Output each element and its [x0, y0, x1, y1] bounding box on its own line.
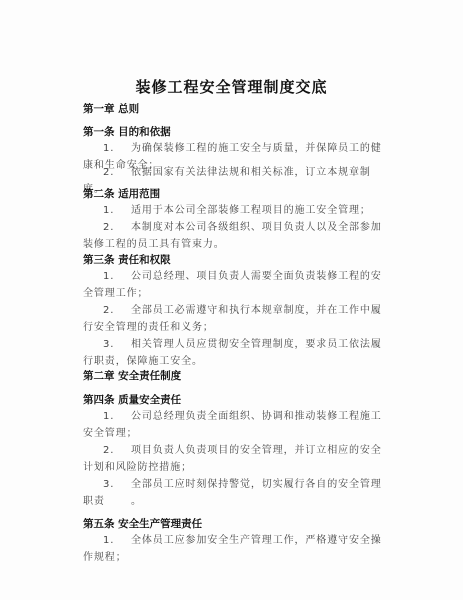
item-number: 2.	[83, 219, 131, 236]
item-number: 1.	[83, 532, 131, 549]
article-heading: 第三条 责任和权限	[83, 252, 383, 267]
item-number: 3.	[83, 336, 131, 353]
article-heading: 第四条 质量安全责任	[83, 392, 383, 407]
item-text: 适用于本公司全部装修工程项目的施工安全管理；	[131, 205, 371, 216]
article-heading: 第二条 适用范围	[83, 186, 383, 201]
item-number: 3.	[83, 476, 131, 493]
list-item: 1.适用于本公司全部装修工程项目的施工安全管理；	[83, 202, 383, 219]
item-number: 1.	[83, 202, 131, 219]
item-number: 2.	[83, 164, 131, 181]
list-item: 1.公司总经理、项目负责人需要全面负责装修工程的安全管理工作；	[83, 268, 383, 302]
list-item: 3.相关管理人员应贯彻安全管理制度，要求员工依法履行职责，保障施工安全。	[83, 336, 383, 370]
list-item: 2.项目负责人负责项目的安全管理，并订立相应的安全计划和风险防控措施；	[83, 442, 383, 476]
chapter-heading: 第一章 总则	[83, 101, 383, 116]
item-number: 1.	[83, 268, 131, 285]
item-number: 2.	[83, 302, 131, 319]
list-item: 。	[83, 493, 383, 510]
list-item: 1.公司总经理负责全面组织、协调和推动装修工程施工安全管理；	[83, 408, 383, 442]
article-heading: 第一条 目的和依据	[83, 124, 383, 139]
article-heading: 第五条 安全生产管理责任	[83, 516, 383, 531]
list-item: 2.本制度对本公司各级组织、项目负责人以及全部参加装修工程的员工具有管束力。	[83, 219, 383, 253]
list-item: 2.全部员工必需遵守和执行本规章制度，并在工作中履行安全管理的责任和义务；	[83, 302, 383, 336]
document-page: 装修工程安全管理制度交底 第一章 总则第一条 目的和依据1.为确保装修工程的施工…	[0, 0, 463, 600]
item-text: 。	[131, 496, 142, 507]
item-number: 1.	[83, 408, 131, 425]
chapter-heading: 第二章 安全责任制度	[83, 368, 383, 383]
item-number: 1.	[83, 140, 131, 157]
document-title: 装修工程安全管理制度交底	[0, 76, 463, 97]
item-number: 2.	[83, 442, 131, 459]
list-item: 1.全体员工应参加安全生产管理工作，严格遵守安全操作规程；	[83, 532, 383, 566]
